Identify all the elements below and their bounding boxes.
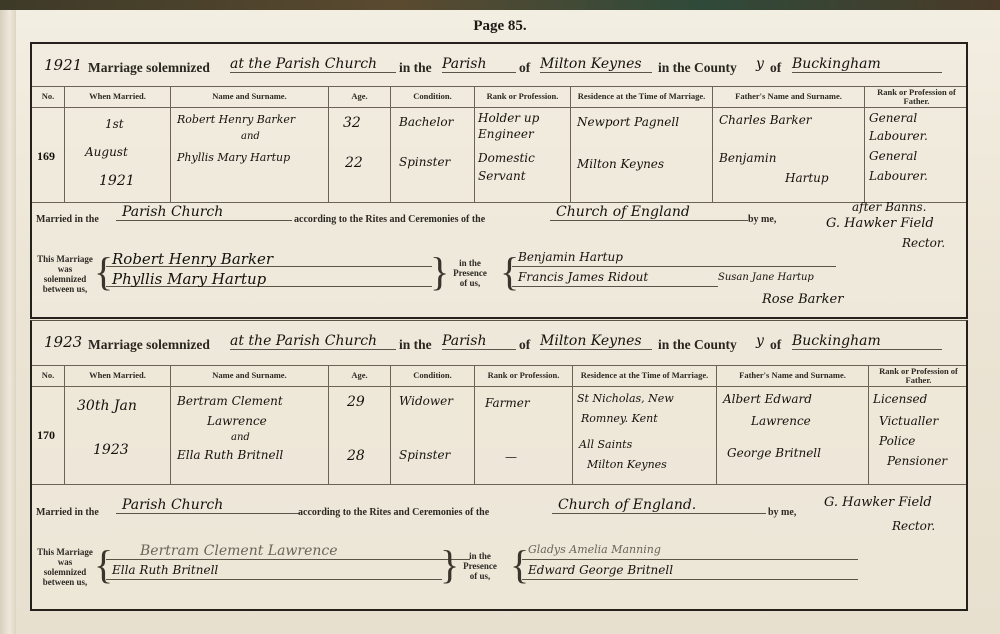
bride-residence: All Saints	[579, 438, 632, 451]
when-married-year: 1921	[99, 173, 135, 189]
table-row: 169 1st August 1921 Robert Henry Barker …	[32, 107, 966, 203]
label-of-county: of	[770, 60, 781, 76]
rites-value: Church of England	[550, 204, 748, 221]
col-profession: Rank or Profession.	[474, 87, 570, 107]
label-in-the: in the	[399, 60, 432, 76]
label-this-marriage: This Marriagewassolemnizedbetween us,	[34, 254, 96, 294]
groom-condition: Widower	[399, 394, 453, 408]
book-binding-edge	[0, 0, 1000, 10]
entry-county: Buckingham	[792, 333, 942, 350]
witness-3: Susan Jane Hartup	[718, 272, 814, 283]
label-married-in: Married in the	[36, 507, 99, 518]
entry-headline: 1923 Marriage solemnized at the Parish C…	[44, 331, 956, 359]
entry-place: at the Parish Church	[230, 333, 396, 350]
label-in-the: in the	[399, 337, 432, 353]
when-married-year: 1923	[93, 442, 129, 458]
col-no: No.	[32, 366, 64, 386]
bride-father: Benjamin	[719, 151, 776, 165]
label-married-in: Married in the	[36, 214, 99, 225]
col-name: Name and Surname.	[170, 87, 328, 107]
bride-residence-2: Milton Keynes	[587, 458, 667, 471]
entry-parish: Parish	[442, 333, 516, 350]
bride-residence: Milton Keynes	[577, 157, 664, 171]
conjunction-and: and	[241, 131, 260, 142]
label-in-presence: in thePresenceof us,	[446, 258, 494, 288]
officiant-name: G. Hawker Field	[826, 216, 934, 231]
groom-residence: St Nicholas, New	[577, 392, 674, 405]
groom-condition: Bachelor	[399, 115, 453, 129]
label-marriage-solemnized: Marriage solemnized	[88, 337, 210, 353]
groom-name: Bertram Clement	[177, 394, 283, 408]
bride-signature: Phyllis Mary Hartup	[106, 270, 432, 287]
bride-father: George Britnell	[727, 446, 821, 460]
label-by-me: by me,	[748, 214, 776, 225]
col-profession: Rank or Profession.	[474, 366, 572, 386]
groom-residence: Newport Pagnell	[577, 115, 679, 129]
groom-profession: Holder up	[478, 111, 539, 125]
label-marriage-solemnized: Marriage solemnized	[88, 60, 210, 76]
entry-number: 170	[37, 428, 55, 443]
bride-condition: Spinster	[399, 155, 450, 169]
county-suffix: y	[756, 333, 764, 349]
page-gutter	[0, 10, 17, 634]
label-of-county: of	[770, 337, 781, 353]
bride-age: 22	[345, 155, 363, 171]
label-in-the-county: in the County	[658, 337, 737, 353]
groom-profession: Farmer	[485, 396, 530, 410]
entry-county: Buckingham	[792, 56, 942, 73]
column-headers: No. When Married. Name and Surname. Age.…	[32, 86, 966, 108]
col-no: No.	[32, 87, 64, 107]
marriage-entry-169: 1921 Marriage solemnized at the Parish C…	[30, 42, 968, 319]
groom-father-profession: General	[869, 111, 917, 125]
groom-name: Robert Henry Barker	[177, 113, 295, 126]
col-father-profession: Rank or Profession of Father.	[868, 366, 968, 386]
entry-headline: 1921 Marriage solemnized at the Parish C…	[44, 54, 956, 82]
officiant-title: Rector.	[892, 519, 935, 533]
bride-profession: Domestic	[478, 151, 535, 165]
groom-age: 32	[343, 115, 361, 131]
label-according-to: according to the Rites and Ceremonies of…	[298, 507, 489, 518]
bride-father-profession: Police	[879, 434, 915, 448]
col-condition: Condition.	[390, 366, 474, 386]
entry-parish-name: Milton Keynes	[540, 56, 652, 73]
col-residence: Residence at the Time of Marriage.	[572, 366, 716, 386]
col-residence: Residence at the Time of Marriage.	[570, 87, 712, 107]
bride-father-surname: Hartup	[785, 171, 829, 185]
entry-number: 169	[37, 149, 55, 164]
entry-year: 1923	[44, 333, 82, 351]
column-headers: No. When Married. Name and Surname. Age.…	[32, 365, 966, 387]
bride-father-profession-2: Pensioner	[887, 454, 947, 468]
groom-father-profession: Licensed	[873, 392, 927, 406]
label-of: of	[519, 337, 530, 353]
col-age: Age.	[328, 366, 390, 386]
bride-condition: Spinster	[399, 448, 450, 462]
witness-4: Rose Barker	[762, 292, 843, 307]
groom-father: Charles Barker	[719, 113, 812, 127]
officiant-note: after Banns.	[852, 200, 926, 214]
groom-residence-2: Romney. Kent	[581, 412, 658, 425]
bride-father-profession-2: Labourer.	[869, 169, 928, 183]
col-when-married: When Married.	[64, 366, 170, 386]
entry-year: 1921	[44, 56, 82, 74]
col-father-name: Father's Name and Surname.	[712, 87, 864, 107]
col-father-profession: Rank or Profession of Father.	[864, 87, 968, 107]
bride-father-profession: General	[869, 149, 917, 163]
bride-signature: Ella Ruth Britnell	[106, 563, 442, 580]
entry-parish: Parish	[442, 56, 516, 73]
bride-profession-2: Servant	[478, 169, 526, 183]
col-father-name: Father's Name and Surname.	[716, 366, 868, 386]
col-age: Age.	[328, 87, 390, 107]
when-married-month: August	[85, 145, 128, 159]
bride-age: 28	[347, 448, 365, 464]
bride-name: Phyllis Mary Hartup	[177, 151, 290, 164]
label-this-marriage: This Marriagewassolemnizedbetween us,	[34, 547, 96, 587]
bride-profession: —	[505, 450, 517, 464]
rites-value: Church of England.	[552, 497, 766, 514]
groom-father: Albert Edward	[723, 392, 812, 406]
witness-1: Gladys Amelia Manning	[522, 543, 858, 560]
entry-parish-name: Milton Keynes	[540, 333, 652, 350]
conjunction-and: and	[231, 432, 250, 443]
label-according-to: according to the Rites and Ceremonies of…	[294, 214, 485, 225]
col-condition: Condition.	[390, 87, 474, 107]
married-in-value: Parish Church	[116, 204, 292, 221]
married-in-value: Parish Church	[116, 497, 300, 514]
county-suffix: y	[756, 56, 764, 72]
when-married-day: 1st	[105, 117, 124, 131]
groom-signature: Bertram Clement Lawrence	[106, 543, 470, 560]
witness-1: Benjamin Hartup	[512, 250, 836, 267]
entry-place: at the Parish Church	[230, 56, 396, 73]
label-in-the-county: in the County	[658, 60, 737, 76]
groom-surname: Lawrence	[207, 414, 267, 428]
witness-2: Francis James Ridout	[512, 270, 718, 287]
col-name: Name and Surname.	[170, 366, 328, 386]
groom-father-surname: Lawrence	[751, 414, 811, 428]
groom-father-profession-2: Labourer.	[869, 129, 928, 143]
officiant-name: G. Hawker Field	[824, 495, 932, 510]
groom-profession-2: Engineer	[478, 127, 534, 141]
witness-2: Edward George Britnell	[522, 563, 858, 580]
marriage-entry-170: 1923 Marriage solemnized at the Parish C…	[30, 320, 968, 611]
label-in-presence: in thePresenceof us,	[456, 551, 504, 581]
officiant-title: Rector.	[902, 236, 945, 250]
label-by-me: by me,	[768, 507, 796, 518]
groom-age: 29	[347, 394, 365, 410]
groom-signature: Robert Henry Barker	[106, 250, 432, 267]
groom-father-profession-2: Victualler	[879, 414, 938, 428]
col-when-married: When Married.	[64, 87, 170, 107]
bride-name: Ella Ruth Britnell	[177, 448, 283, 462]
when-married-date: 30th Jan	[77, 398, 137, 414]
page-title: Page 85.	[0, 18, 1000, 35]
label-of: of	[519, 60, 530, 76]
table-row: 170 30th Jan 1923 Bertram Clement Lawren…	[32, 386, 966, 485]
